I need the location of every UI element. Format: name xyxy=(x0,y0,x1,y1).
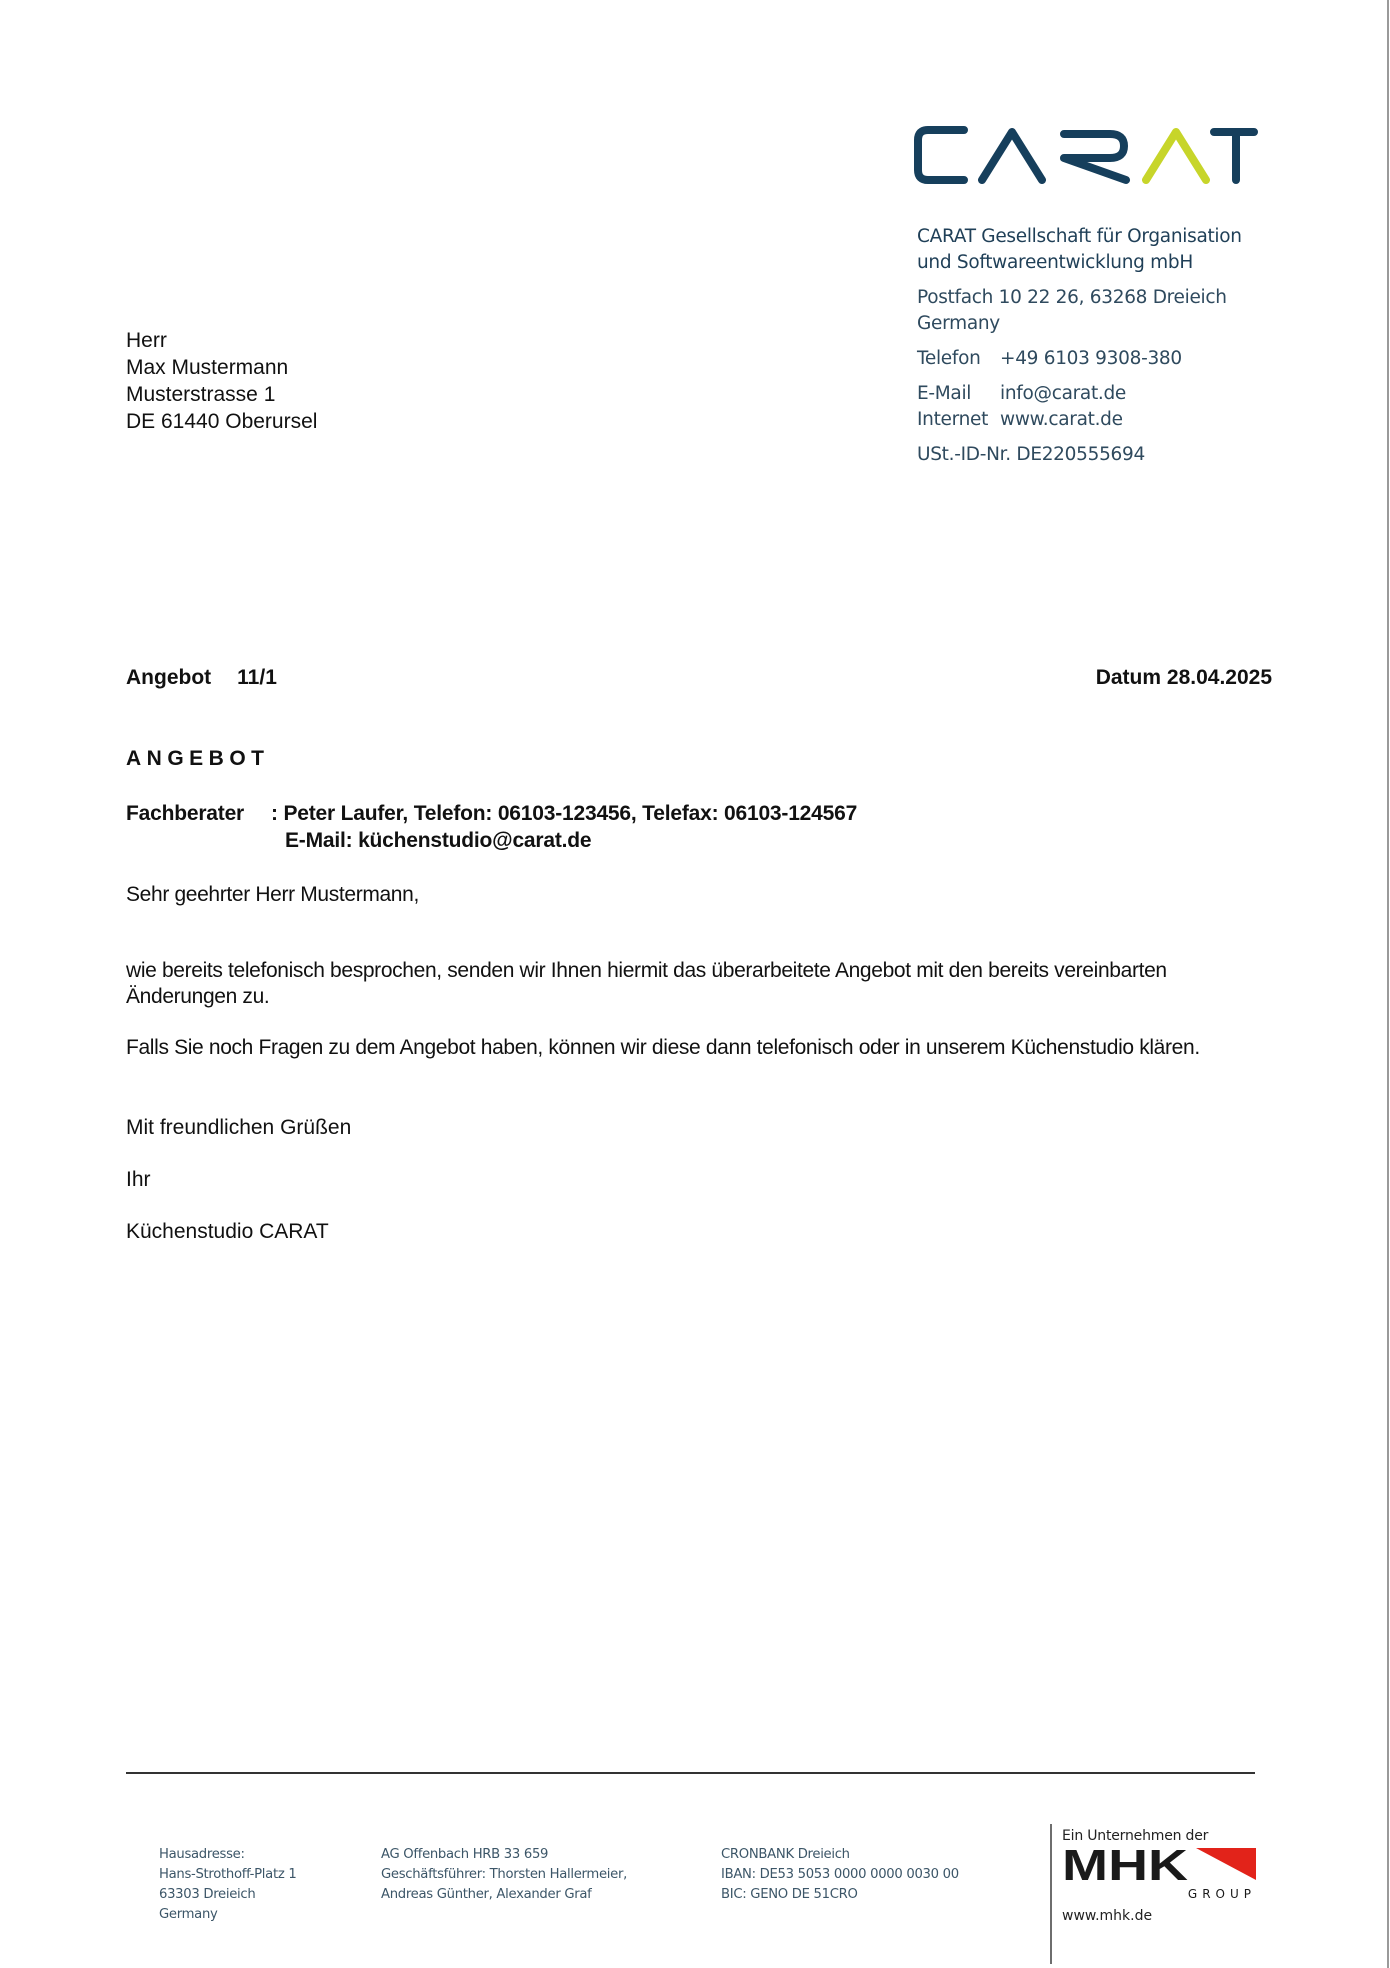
footer-registry-line: Geschäftsführer: Thorsten Hallermeier, xyxy=(381,1865,627,1885)
footer-address: Hausadresse: Hans-Strothoff-Platz 1 6330… xyxy=(159,1845,296,1925)
letter-closing: Mit freundlichen Grüßen Ihr Küchenstudio… xyxy=(126,1114,351,1270)
web-value[interactable]: www.carat.de xyxy=(1000,407,1123,433)
letter-body: Sehr geehrter Herr Mustermann, wie berei… xyxy=(126,882,1276,1086)
footer-address-line: Germany xyxy=(159,1905,296,1925)
letter-paragraph: Falls Sie noch Fragen zu dem Angebot hab… xyxy=(126,1035,1276,1061)
mhk-tagline: Ein Unternehmen der xyxy=(1062,1828,1262,1844)
letter-salutation: Sehr geehrter Herr Mustermann, xyxy=(126,882,1276,908)
mhk-group-logo: Ein Unternehmen der MHK GROUP www.mhk.de xyxy=(1062,1828,1262,1924)
sender-block: CARAT Gesellschaft für Organisation und … xyxy=(917,224,1242,468)
footer-address-line: Hans-Strothoff-Platz 1 xyxy=(159,1865,296,1885)
advisor-line1: Peter Laufer, Telefon: 06103-123456, Tel… xyxy=(283,802,857,825)
sender-postal-line1: Postfach 10 22 26, 63268 Dreieich xyxy=(917,285,1242,311)
document-title: ANGEBOT xyxy=(126,747,270,771)
footer-registry: AG Offenbach HRB 33 659 Geschäftsführer:… xyxy=(381,1845,627,1905)
footer-bank: CRONBANK Dreieich IBAN: DE53 5053 0000 0… xyxy=(721,1845,959,1905)
recipient-street: Musterstrasse 1 xyxy=(126,381,317,408)
svg-text:MHK: MHK xyxy=(1062,1846,1188,1890)
signature: Küchenstudio CARAT xyxy=(126,1218,351,1245)
sender-company-line1: CARAT Gesellschaft für Organisation xyxy=(917,224,1242,250)
date-value: 28.04.2025 xyxy=(1167,666,1272,689)
phone-label: Telefon xyxy=(917,346,1000,372)
page-edge xyxy=(1387,0,1389,1968)
advisor-line2: E-Mail: küchenstudio@carat.de xyxy=(126,827,857,854)
recipient-city: DE 61440 Oberursel xyxy=(126,408,317,435)
footer-registry-line: Andreas Günther, Alexander Graf xyxy=(381,1885,627,1905)
web-label: Internet xyxy=(917,407,1000,433)
recipient-address: Herr Max Mustermann Musterstrasse 1 DE 6… xyxy=(126,327,317,435)
reference-label: Angebot xyxy=(126,666,211,689)
vat-id: USt.-ID-Nr. DE220555694 xyxy=(917,442,1242,468)
recipient-name: Max Mustermann xyxy=(126,354,317,381)
carat-logo xyxy=(914,124,1258,186)
footer-bank-line: BIC: GENO DE 51CRO xyxy=(721,1885,959,1905)
footer-divider-line xyxy=(126,1772,1255,1774)
mhk-logo-icon: MHK GROUP xyxy=(1062,1846,1258,1902)
advisor-separator: : xyxy=(271,802,278,825)
letter-paragraph: wie bereits telefonisch besprochen, send… xyxy=(126,958,1276,1010)
reference-line: Angebot11/1 Datum 28.04.2025 xyxy=(126,666,1272,690)
sender-company-line2: und Softwareentwicklung mbH xyxy=(917,250,1242,276)
sender-postal-line2: Germany xyxy=(917,311,1242,337)
footer-bank-line: IBAN: DE53 5053 0000 0000 0030 00 xyxy=(721,1865,959,1885)
recipient-salutation: Herr xyxy=(126,327,317,354)
email-value[interactable]: info@carat.de xyxy=(1000,381,1126,407)
reference-number: 11/1 xyxy=(237,666,277,689)
footer-registry-line: AG Offenbach HRB 33 659 xyxy=(381,1845,627,1865)
phone-value: +49 6103 9308-380 xyxy=(1000,346,1182,372)
closing-pronoun: Ihr xyxy=(126,1166,351,1193)
mhk-url[interactable]: www.mhk.de xyxy=(1062,1908,1262,1924)
footer-bank-line: CRONBANK Dreieich xyxy=(721,1845,959,1865)
svg-text:GROUP: GROUP xyxy=(1188,1887,1256,1901)
advisor-label: Fachberater xyxy=(126,800,271,827)
email-label: E-Mail xyxy=(917,381,1000,407)
footer-address-line: 63303 Dreieich xyxy=(159,1885,296,1905)
closing-phrase: Mit freundlichen Grüßen xyxy=(126,1114,351,1141)
footer-address-line: Hausadresse: xyxy=(159,1845,296,1865)
footer-vertical-divider xyxy=(1050,1824,1052,1964)
advisor-block: Fachberater: Peter Laufer, Telefon: 0610… xyxy=(126,800,857,854)
date-label: Datum xyxy=(1096,666,1161,689)
